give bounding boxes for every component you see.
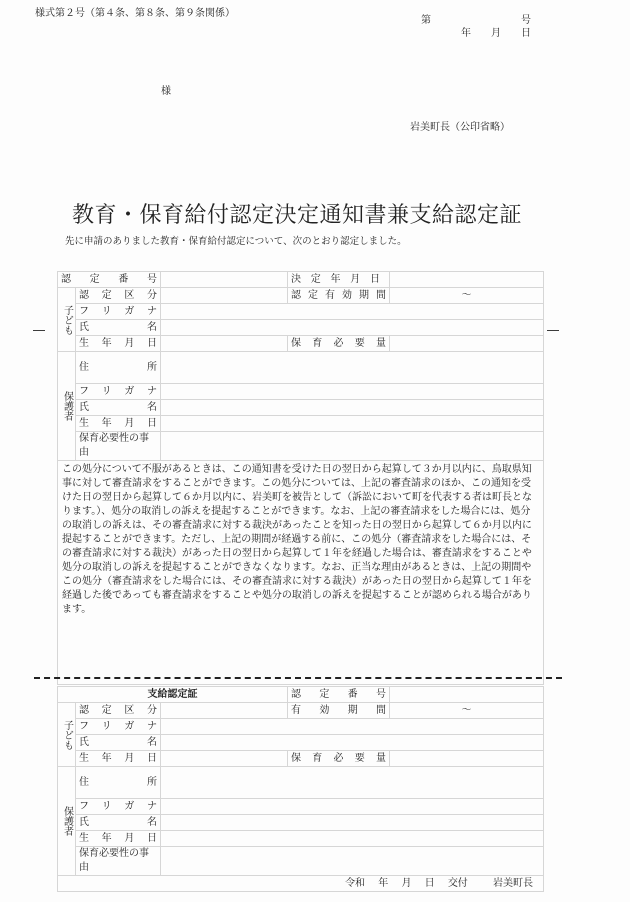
- child-furigana-label: フリガナ: [76, 304, 161, 320]
- decision-date-field[interactable]: [390, 272, 544, 288]
- guardian-furigana-field-2[interactable]: [161, 799, 544, 815]
- care-reason-field[interactable]: [161, 432, 544, 461]
- child-furigana-field-2[interactable]: [161, 719, 544, 735]
- cert-category-field-2[interactable]: [161, 703, 288, 719]
- lead-text: 先に申請のありました教育・保育給付認定について、次のとおり認定しました。: [65, 233, 407, 247]
- guardian-birthdate-field[interactable]: [161, 416, 544, 432]
- left-fold-mark: ―: [33, 323, 45, 337]
- appeal-notice-text: この処分について不服があるときは、この通知書を受けた日の翌日から起算して３か月以…: [58, 461, 544, 685]
- child-name-field[interactable]: [161, 320, 544, 336]
- care-amount-field[interactable]: [390, 336, 544, 352]
- date-year: 年: [461, 24, 471, 39]
- addressee-suffix: 様: [161, 82, 171, 97]
- issue-era: 令和: [345, 878, 365, 889]
- decision-date-label: 決定年月日: [288, 272, 390, 288]
- certificate-table: 支給認定証 認定番号 子ども 認定区分 有効期間 ～ フリガナ 氏名 生年月日: [57, 686, 544, 892]
- guardian-birthdate-label-2: 生年月日: [76, 831, 161, 847]
- guardian-address-label-2: 住所: [76, 767, 161, 799]
- care-reason-label: 保育必要性の事由: [76, 432, 161, 461]
- validity-label: 認定有効期間: [288, 288, 390, 304]
- child-name-field-2[interactable]: [161, 735, 544, 751]
- validity-field-2[interactable]: ～: [390, 703, 544, 719]
- child-birthdate-label: 生年月日: [76, 336, 161, 352]
- child-name-label: 氏名: [76, 320, 161, 336]
- cert-number-row: 認定番号 決定年月日: [58, 272, 544, 288]
- issue-line: 令和 年 月 日 交付 岩美町長: [58, 876, 544, 892]
- guardian-birthdate-field-2[interactable]: [161, 831, 544, 847]
- care-reason-label-2: 保育必要性の事由: [76, 847, 161, 876]
- child-group-label-2: 子ども: [58, 703, 76, 767]
- date-month: 月: [491, 24, 501, 39]
- certificate-title: 支給認定証: [58, 687, 288, 703]
- care-amount-label: 保育必要量: [288, 336, 390, 352]
- guardian-name-field-2[interactable]: [161, 815, 544, 831]
- form-number: 様式第２号（第４条、第８条、第９条関係）: [35, 4, 235, 19]
- guardian-name-label-2: 氏名: [76, 815, 161, 831]
- child-birthdate-field[interactable]: [161, 336, 288, 352]
- notice-form-table: 認定番号 決定年月日 子ども 認定区分 認定有効期間 ～ フリガナ 氏名: [57, 271, 544, 685]
- guardian-furigana-label-2: フリガナ: [76, 799, 161, 815]
- guardian-address-field[interactable]: [161, 352, 544, 384]
- cert-number-label: 認定番号: [58, 272, 161, 288]
- guardian-name-field[interactable]: [161, 400, 544, 416]
- validity-field[interactable]: ～: [390, 288, 544, 304]
- doc-number-prefix: 第: [421, 11, 431, 26]
- guardian-group-label: 保護者: [58, 352, 76, 461]
- care-amount-field-2[interactable]: [390, 751, 544, 767]
- guardian-furigana-label: フリガナ: [76, 384, 161, 400]
- child-furigana-label-2: フリガナ: [76, 719, 161, 735]
- issue-label: 交付: [448, 878, 468, 889]
- child-group-label: 子ども: [58, 288, 76, 352]
- validity-label-2: 有効期間: [288, 703, 390, 719]
- issuer: 岩美町長（公印省略）: [410, 118, 510, 133]
- guardian-furigana-field[interactable]: [161, 384, 544, 400]
- guardian-birthdate-label: 生年月日: [76, 416, 161, 432]
- issue-year: 年: [378, 878, 388, 889]
- cut-line: [34, 677, 562, 679]
- issue-issuer: 岩美町長: [493, 878, 533, 889]
- right-fold-mark: ―: [547, 323, 559, 337]
- care-amount-label-2: 保育必要量: [288, 751, 390, 767]
- cert-category-field[interactable]: [161, 288, 288, 304]
- cert-category-label-2: 認定区分: [76, 703, 161, 719]
- page-title: 教育・保育給付認定決定通知書兼支給認定証: [72, 198, 522, 229]
- cert-number-field-2[interactable]: [390, 687, 544, 703]
- guardian-address-label: 住所: [76, 352, 161, 384]
- date-day: 日: [521, 24, 531, 39]
- child-birthdate-field-2[interactable]: [161, 751, 288, 767]
- child-birthdate-label-2: 生年月日: [76, 751, 161, 767]
- guardian-name-label: 氏名: [76, 400, 161, 416]
- cert-category-label: 認定区分: [76, 288, 161, 304]
- issue-day: 日: [425, 878, 435, 889]
- cert-number-field[interactable]: [161, 272, 288, 288]
- guardian-group-label-2: 保護者: [58, 767, 76, 876]
- care-reason-field-2[interactable]: [161, 847, 544, 876]
- child-furigana-field[interactable]: [161, 304, 544, 320]
- guardian-address-field-2[interactable]: [161, 767, 544, 799]
- issue-month: 月: [401, 878, 411, 889]
- child-name-label-2: 氏名: [76, 735, 161, 751]
- cert-number-label-2: 認定番号: [288, 687, 390, 703]
